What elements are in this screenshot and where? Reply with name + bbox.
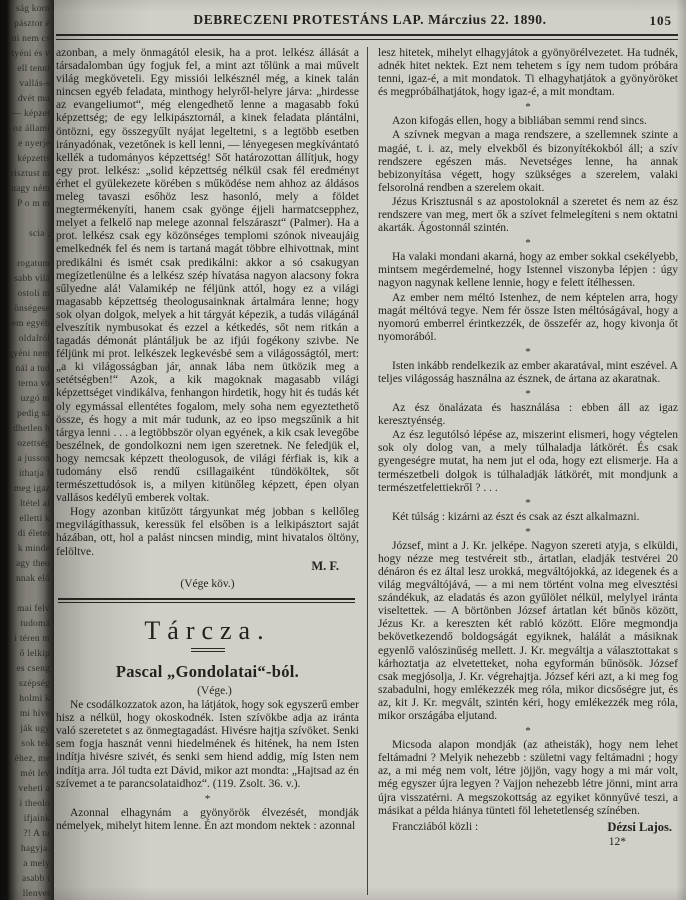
article-paragraph: Azon kifogás ellen, hogy a bibliában sem… [378,115,678,128]
page-number: 105 [650,13,673,29]
asterisk-separator: * [378,497,678,509]
article-paragraph: Az ember nem méltó Istenhez, de nem képt… [378,292,678,344]
left-column: azonban, a mely önmagától elesik, ha a p… [56,47,367,895]
author-initials: M. F. [56,560,359,573]
asterisk-separator: * [378,526,678,538]
article-paragraph: József, mint a J. Kr. jelképe. Nagyon sz… [378,540,678,723]
right-column: lesz hitetek, mihelyt elhagyjátok a gyön… [368,47,680,895]
asterisk-separator: * [378,101,678,113]
article-paragraph: Az ész önalázata és használása : ebben á… [378,402,678,428]
asterisk-separator: * [378,237,678,249]
tarcza-section-heading: Tárcza. [56,617,359,645]
scanned-newspaper-page: ság korn pásztor é ni nem cs tyéni és v … [0,0,686,900]
asterisk-separator: * [56,793,359,805]
article-title: Pascal „Gondolatai“-ból. [56,665,359,678]
book-gutter-strip: ság korn pásztor é ni nem cs tyéni és v … [0,0,54,900]
article-paragraph: Micsoda alapon mondják (az atheisták), h… [378,739,678,818]
asterisk-separator: * [378,346,678,358]
column-layout: azonban, a mely önmagától elesik, ha a p… [54,45,686,895]
article-paragraph: Két túlság : kizárni az észt és csak az … [378,511,678,524]
asterisk-separator: * [378,388,678,400]
article-paragraph: lesz hitetek, mihelyt elhagyjátok a gyön… [378,47,678,99]
page-body: DEBRECZENI PROTESTÁNS LAP. Márczius 22. … [54,0,686,900]
article-paragraph: Az ész legutólsó lépése az, miszerint el… [378,429,678,494]
masthead: DEBRECZENI PROTESTÁNS LAP. Márczius 22. … [54,12,686,32]
translator-signature: Dézsi Lajos. [607,821,678,834]
printers-signature-mark: 12* [378,836,678,849]
article-paragraph: Ha valaki mondani akarná, hogy az ember … [378,251,678,290]
section-rule [58,598,355,603]
newspaper-title: DEBRECZENI PROTESTÁNS LAP. Márczius 22. … [54,12,686,28]
article-paragraph: Hogy azonban kitűzött tárgyunkat még job… [56,506,359,558]
header-rule [56,34,678,40]
article-paragraph: azonban, a mely önmagától elesik, ha a p… [56,47,359,505]
article-paragraph: Ne csodálkozzatok azon, ha látjátok, hog… [56,699,359,791]
article-footer: Francziából közli : Dézsi Lajos. [378,821,678,834]
adjacent-page-fragments: ság korn pásztor é ni nem cs tyéni és v … [4,2,50,900]
heading-divider [191,648,225,652]
article-subtitle: (Vége.) [56,685,359,698]
asterisk-separator: * [378,725,678,737]
article-paragraph: A szívnek megvan a maga rendszere, a sze… [378,129,678,194]
article-paragraph: Jézus Krisztusnál s az apostoloknál a sz… [378,196,678,235]
article-paragraph: Azonnal elhagynám a gyönyörök élvezését,… [56,807,359,833]
article-paragraph: Isten inkább rendelkezik az ember akarat… [378,360,678,386]
translator-credit: Francziából közli : [378,821,478,834]
continuation-note: (Vége köv.) [56,578,359,591]
